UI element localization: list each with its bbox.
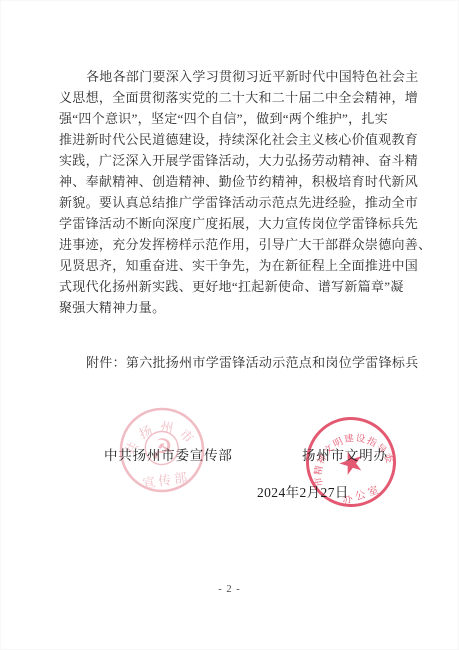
paragraph-line: 聚强大精神力量。 [59, 297, 403, 318]
body-paragraph: 各地各部门要深入学习贯彻习近平新时代中国特色社会主 义思想，全面贯彻落实党的二十… [59, 66, 403, 318]
left-signer-name: 中共扬州市委宣传部 [104, 444, 233, 464]
seal-bottom-text: 宣传部 [141, 469, 191, 491]
paragraph-line: 见贤思齐，知重奋进、实干争先，为在新征程上全面推进中国 [59, 255, 403, 276]
paragraph-line: 式现代化扬州新实践、更好地“扛起新使命、谱写新篇章”凝 [59, 276, 403, 297]
page-number: - 2 - [0, 584, 459, 595]
paragraph-line: 进事迹，充分发挥榜样示范作用，引导广大干部群众崇德向善、 [59, 234, 403, 255]
attachment-line: 附件：第六批扬州市学雷锋活动示范点和岗位学雷锋标兵 [86, 352, 419, 373]
paragraph-line: 强“四个意识”，坚定“四个自信”，做到“两个维护”，扎实 [59, 108, 403, 129]
paragraph-line: 学雷锋活动不断向深度广度拓展，大力宣传岗位学雷锋标兵先 [59, 213, 403, 234]
paragraph-line: 推进新时代公民道德建设，持续深化社会主义核心价值观教育 [59, 129, 403, 150]
right-signer-name: 扬州市文明办 [302, 444, 388, 464]
paragraph-line: 各地各部门要深入学习贯彻习近平新时代中国特色社会主 [59, 66, 403, 87]
paragraph-line: 神、奉献精神、创造精神、勤俭节约精神，积极培育时代新风 [59, 171, 403, 192]
paragraph-line: 义思想，全面贯彻落实党的二十大和二十届二中全会精神，增 [59, 87, 403, 108]
document-page: 各地各部门要深入学习贯彻习近平新时代中国特色社会主 义思想，全面贯彻落实党的二十… [0, 0, 459, 650]
document-date: 2024年2月27日 [257, 481, 349, 501]
paragraph-line: 实践，广泛深入开展学雷锋活动，大力弘扬劳动精神、奋斗精 [59, 150, 403, 171]
paragraph-line: 新貌。要认真总结推广学雷锋活动示范点先进经验，推动全市 [59, 192, 403, 213]
